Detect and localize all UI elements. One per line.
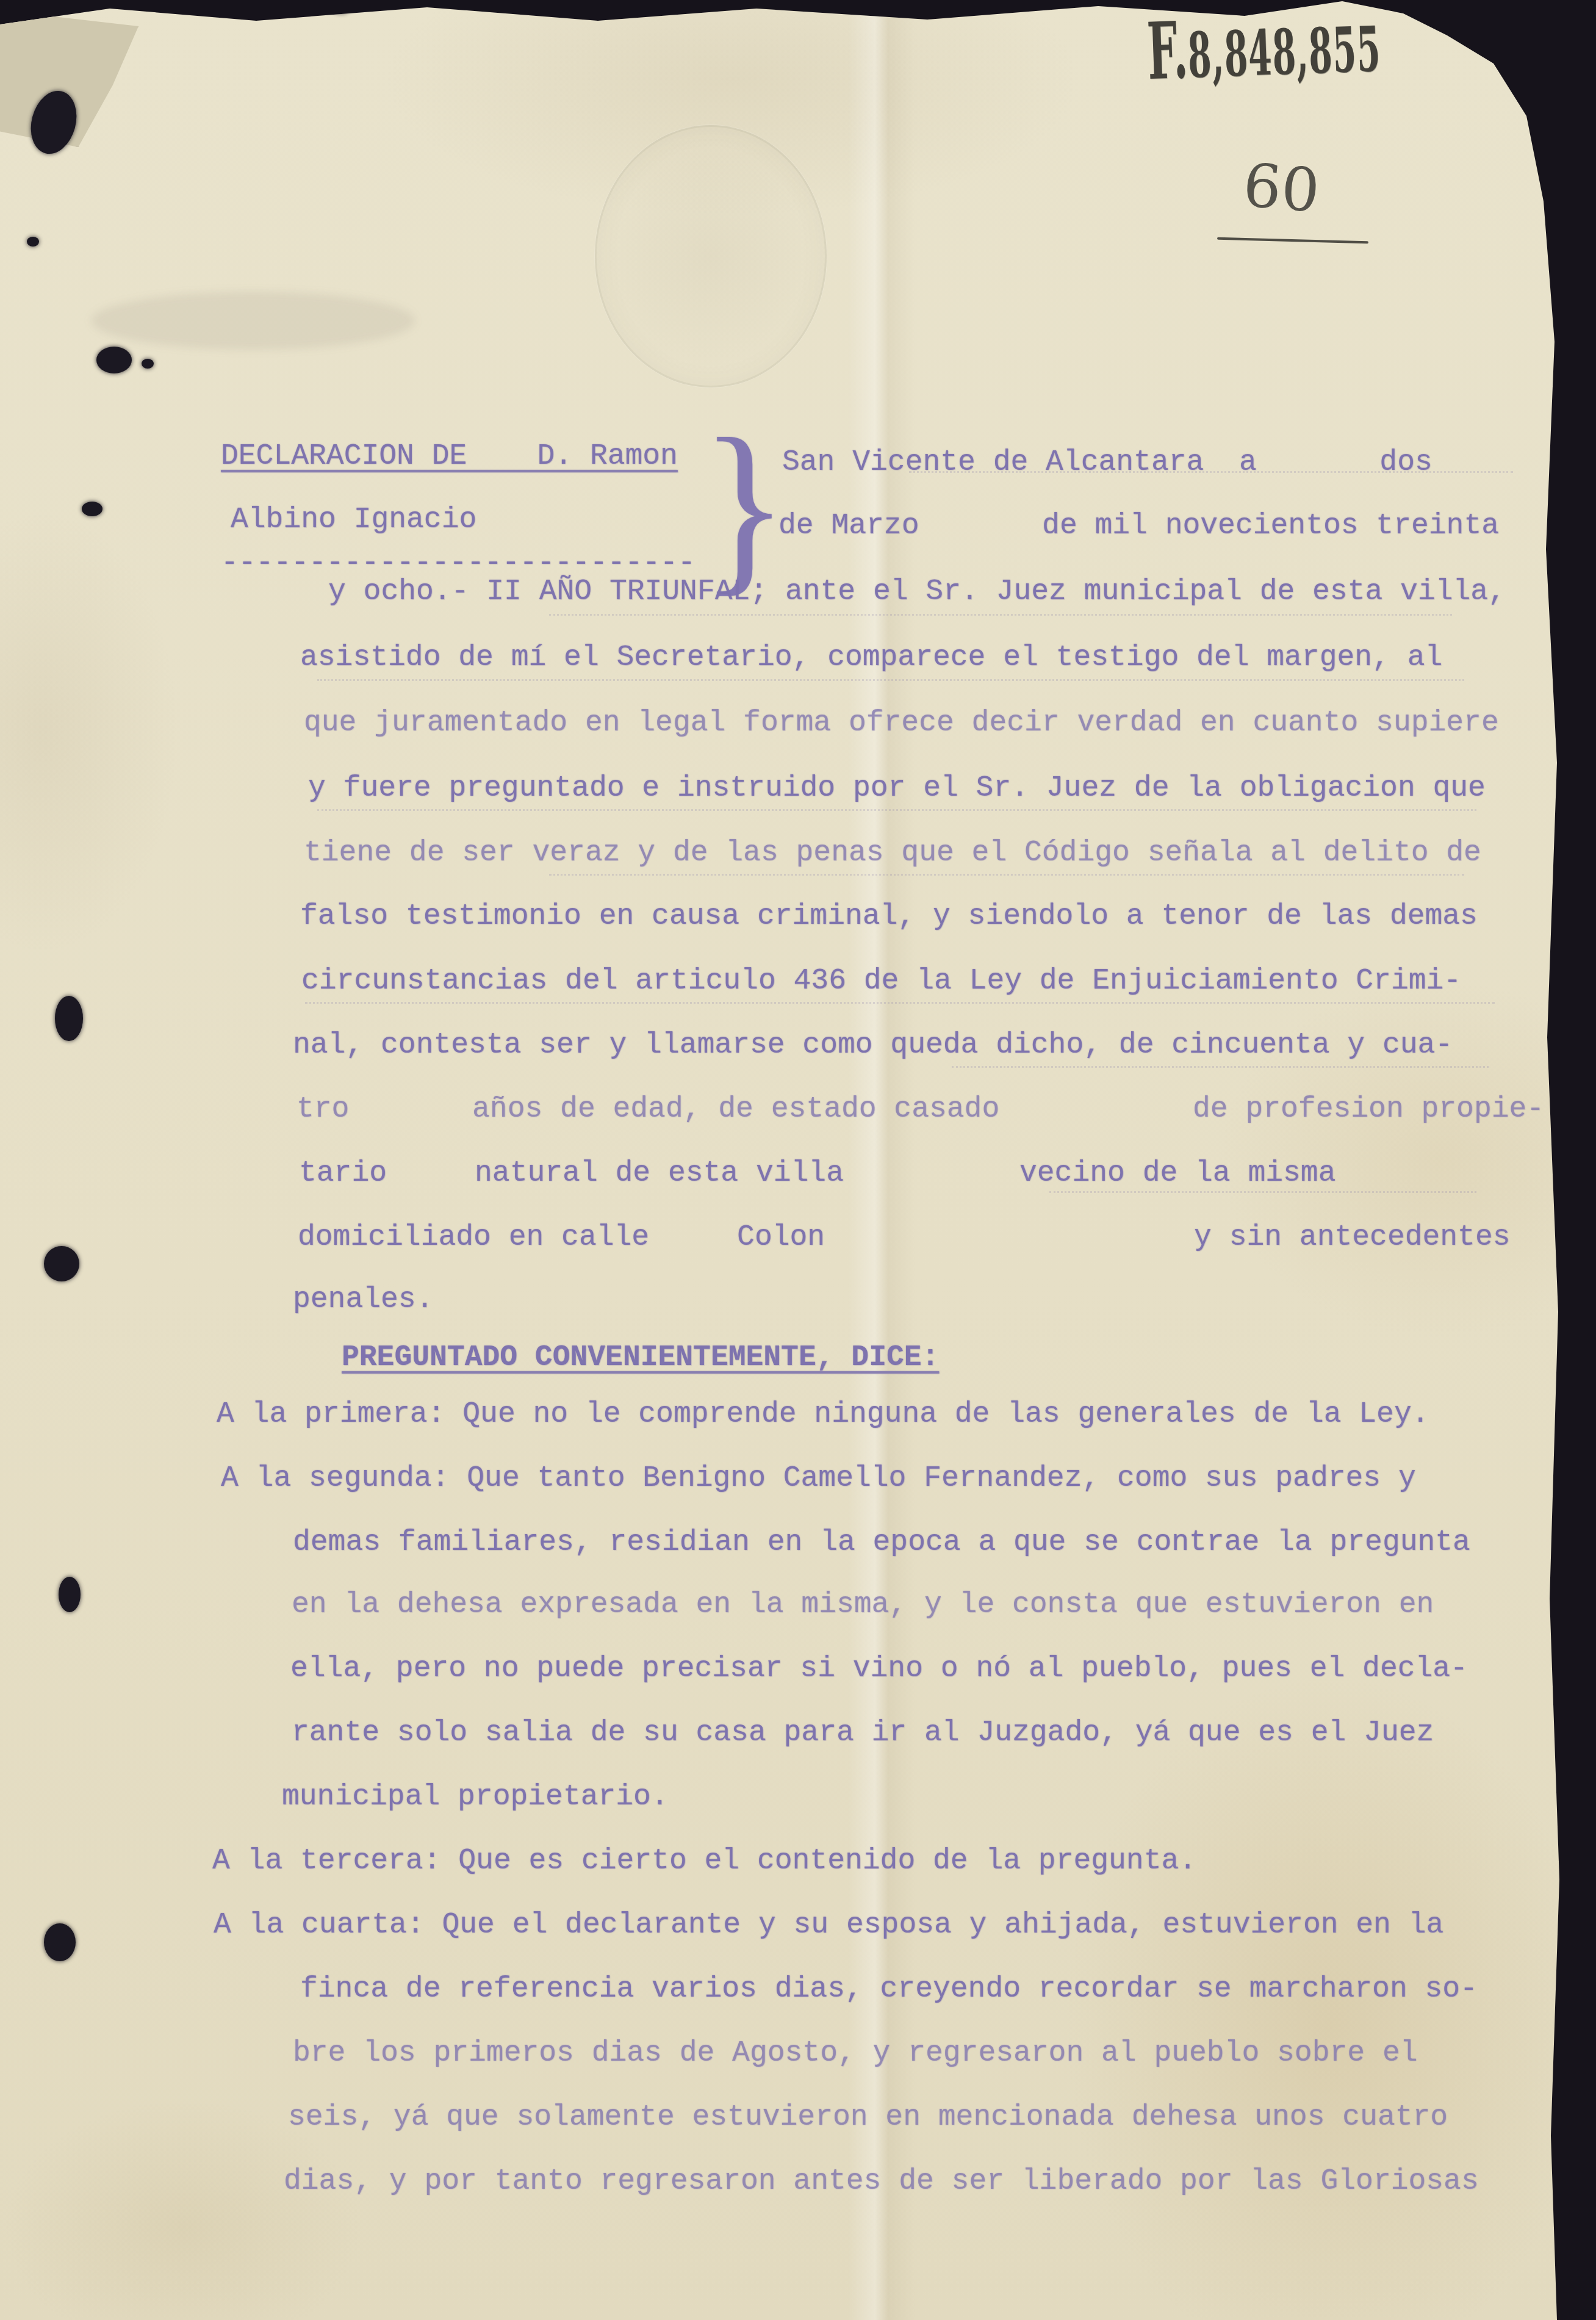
answer-line: seis, yá que solamente estuvieron en men…	[288, 2099, 1448, 2136]
form-rule	[952, 1066, 1489, 1068]
form-rule	[549, 614, 1452, 616]
body-line: circunstancias del articulo 436 de la Le…	[301, 963, 1461, 1000]
answer-line: A la tercera: Que es cierto el contenido…	[212, 1843, 1196, 1879]
section-heading: PREGUNTADO CONVENIENTEMENTE, DICE:	[342, 1339, 939, 1376]
paper-hole	[332, 0, 350, 13]
stamp-number: F.8,848,855	[1146, 0, 1382, 98]
paper-hole	[96, 347, 132, 373]
paper-hole	[82, 502, 102, 516]
answer-line: A la primera: Que no le comprende ningun…	[217, 1396, 1429, 1433]
place-date-line: San Vicente de Alcantara a dos	[782, 444, 1432, 481]
form-rule	[317, 809, 1476, 811]
body-line: penales.	[293, 1281, 433, 1318]
body-line: y fuere preguntado e instruido por el Sr…	[308, 770, 1486, 807]
page-number-underline	[1217, 237, 1368, 243]
answer-line: rante solo salia de su casa para ir al J…	[292, 1715, 1434, 1751]
body-line: nal, contesta ser y llamarse como queda …	[293, 1027, 1453, 1064]
paper-hole	[59, 1577, 81, 1612]
paper-hole	[44, 1246, 79, 1281]
body-line: falso testimonio en causa criminal, y si…	[300, 898, 1478, 935]
answer-line: A la segunda: Que tanto Benigno Camello …	[221, 1460, 1416, 1497]
margin-brace: }	[700, 422, 788, 589]
ink-smudge	[92, 292, 415, 350]
paper-hole	[55, 996, 83, 1041]
paper-hole	[44, 1923, 76, 1961]
body-line: tiene de ser veraz y de las penas que el…	[304, 835, 1481, 871]
body-line: y ocho.- II AÑO TRIUNFAL; ante el Sr. Ju…	[328, 574, 1506, 610]
answer-line: finca de referencia varios dias, creyend…	[300, 1971, 1478, 2008]
margin-line-declarant: DECLARACION DE D. Ramon	[221, 438, 678, 475]
body-line: asistido de mí el Secretario, comparece …	[300, 639, 1442, 676]
body-line: tro años de edad, de estado casado de pr…	[297, 1091, 1544, 1128]
body-line: tario natural de esta villa vecino de la…	[299, 1155, 1335, 1192]
document-page: F.8,848,855 60 DECLARACION DE D. Ramon A…	[0, 0, 1596, 2320]
stamp-digits: 8,848,855	[1187, 13, 1382, 93]
margin-line-declarant-name: Albino Ignacio	[231, 502, 476, 538]
paper-hole	[142, 359, 154, 369]
answer-line: dias, y por tanto regresaron antes de se…	[284, 2163, 1479, 2200]
answer-line: ella, pero no puede precisar si vino o n…	[290, 1651, 1468, 1687]
page-number-handwritten: 60	[1240, 151, 1322, 226]
form-rule	[549, 874, 1464, 876]
form-rule	[305, 1002, 1495, 1004]
place-date-line: de Marzo de mil novecientos treinta	[778, 508, 1499, 544]
stamp-prefix: F.	[1146, 5, 1189, 98]
paper-hole	[27, 237, 39, 247]
body-line: que juramentado en legal forma ofrece de…	[304, 705, 1499, 741]
form-rule	[317, 679, 1464, 681]
embossed-seal	[595, 125, 827, 387]
body-line: domiciliado en calle Colon y sin anteced…	[298, 1219, 1511, 1256]
answer-line: municipal propietario.	[282, 1779, 669, 1815]
answer-line: A la cuarta: Que el declarante y su espo…	[214, 1907, 1443, 1944]
answer-line: en la dehesa expresada en la misma, y le…	[292, 1587, 1434, 1623]
answer-line: demas familiares, residian en la epoca a…	[293, 1524, 1470, 1561]
answer-line: bre los primeros dias de Agosto, y regre…	[293, 2035, 1418, 2072]
